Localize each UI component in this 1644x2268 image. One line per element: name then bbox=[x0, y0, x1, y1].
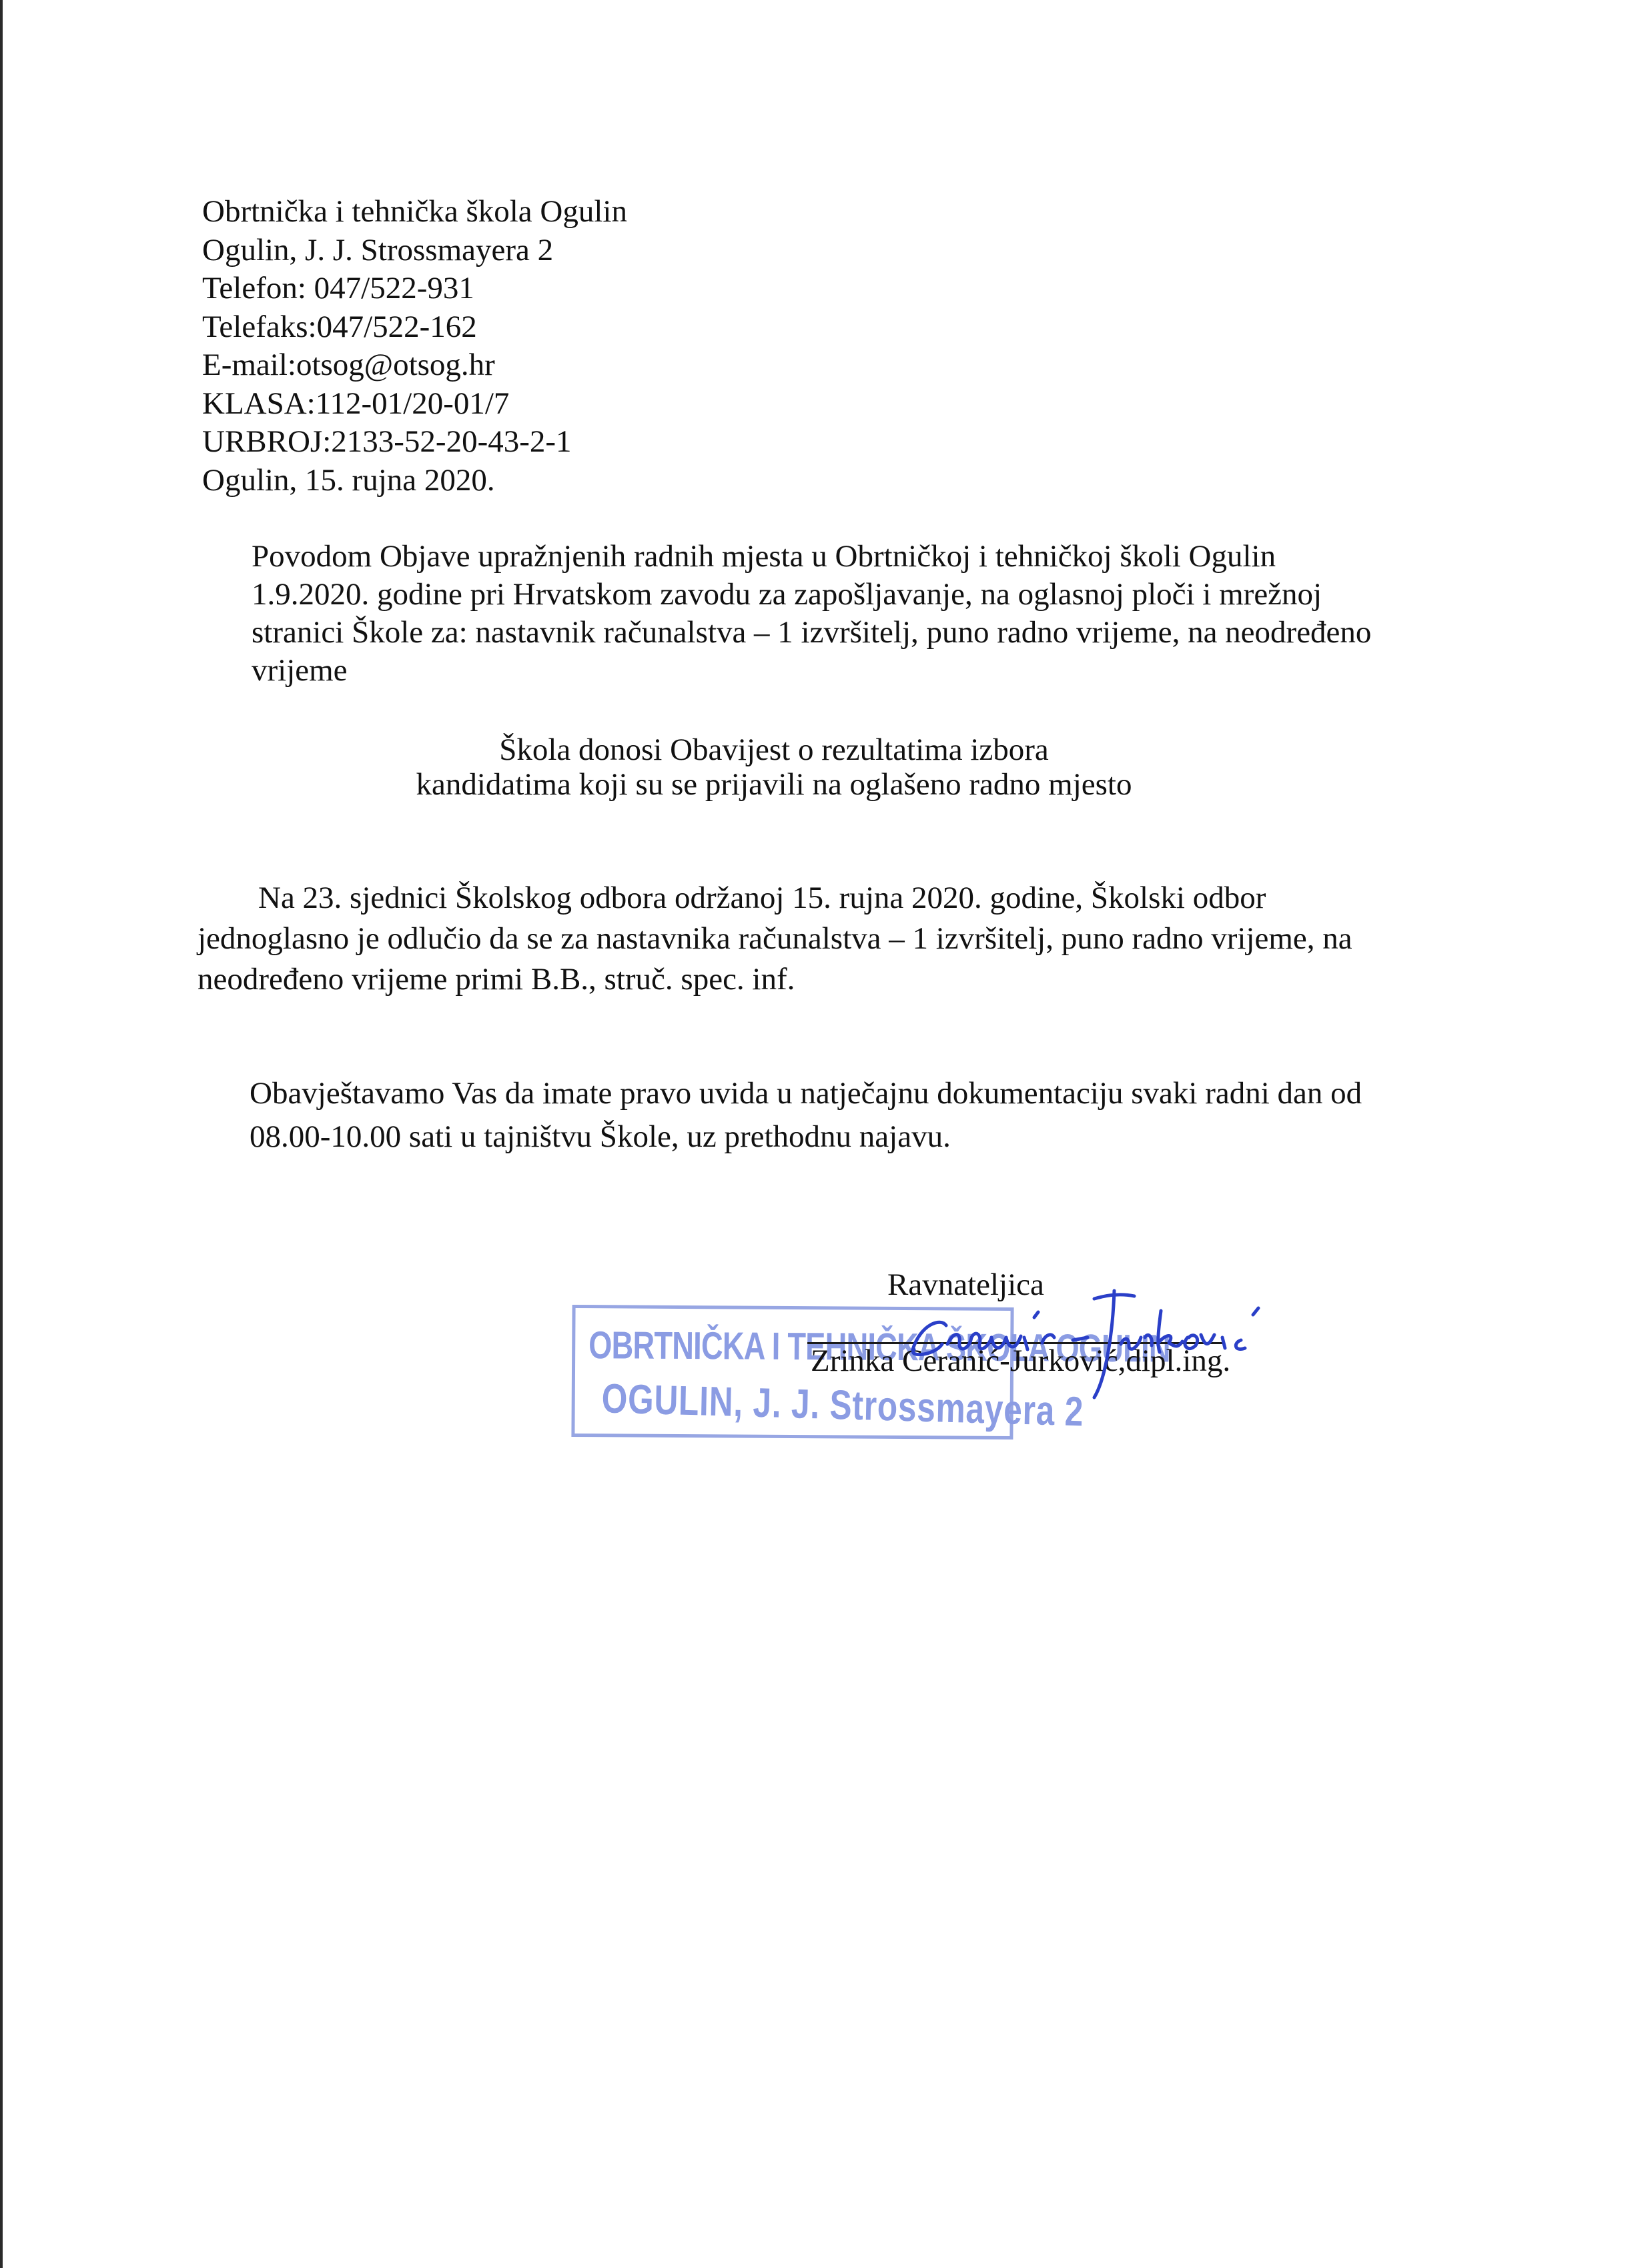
stamp-address: OGULIN, J. J. Strossmayera 2 bbox=[601, 1375, 918, 1431]
intro-paragraph: Povodom Objave upražnjenih radnih mjesta… bbox=[252, 538, 1371, 690]
info-paragraph: Obavještavamo Vas da imate pravo uvida u… bbox=[250, 1072, 1362, 1159]
notice-title: Škola donosi Obavijest o rezultatima izb… bbox=[0, 732, 1548, 802]
urbroj-reference: URBROJ:2133-52-20-43-2-1 bbox=[202, 423, 627, 462]
paragraph-line: Na 23. sjednici Školskog odbora održanoj… bbox=[197, 878, 1352, 919]
phone-number: Telefon: 047/522-931 bbox=[202, 269, 627, 308]
title-line: kandidatima koji su se prijavili na ogla… bbox=[0, 767, 1548, 802]
document-date: Ogulin, 15. rujna 2020. bbox=[202, 462, 627, 500]
school-address: Ogulin, J. J. Strossmayera 2 bbox=[202, 231, 627, 270]
school-name: Obrtnička i tehnička škola Ogulin bbox=[202, 193, 627, 231]
email-address: E-mail:otsog@otsog.hr bbox=[202, 346, 627, 385]
paragraph-line: 08.00-10.00 sati u tajništvu Škole, uz p… bbox=[250, 1115, 1362, 1159]
paragraph-line: 1.9.2020. godine pri Hrvatskom zavodu za… bbox=[252, 576, 1371, 614]
paragraph-line: stranici Škole za: nastavnik računalstva… bbox=[252, 614, 1371, 652]
paragraph-line: neodređeno vrijeme primi B.B., struč. sp… bbox=[197, 959, 1352, 1000]
title-line: Škola donosi Obavijest o rezultatima izb… bbox=[0, 732, 1548, 767]
paragraph-line: jednoglasno je odlučio da se za nastavni… bbox=[197, 919, 1352, 959]
paragraph-line: Obavještavamo Vas da imate pravo uvida u… bbox=[250, 1072, 1362, 1115]
paragraph-line: Povodom Objave upražnjenih radnih mjesta… bbox=[252, 538, 1371, 576]
fax-number: Telefaks:047/522-162 bbox=[202, 308, 627, 347]
handwritten-signature-icon bbox=[894, 1271, 1281, 1404]
letterhead: Obrtnička i tehnička škola Ogulin Ogulin… bbox=[202, 193, 627, 500]
paragraph-line: vrijeme bbox=[252, 652, 1371, 690]
decision-paragraph: Na 23. sjednici Školskog odbora održanoj… bbox=[197, 878, 1352, 1000]
klasa-reference: KLASA:112-01/20-01/7 bbox=[202, 385, 627, 424]
scan-edge-border bbox=[0, 0, 3, 2268]
